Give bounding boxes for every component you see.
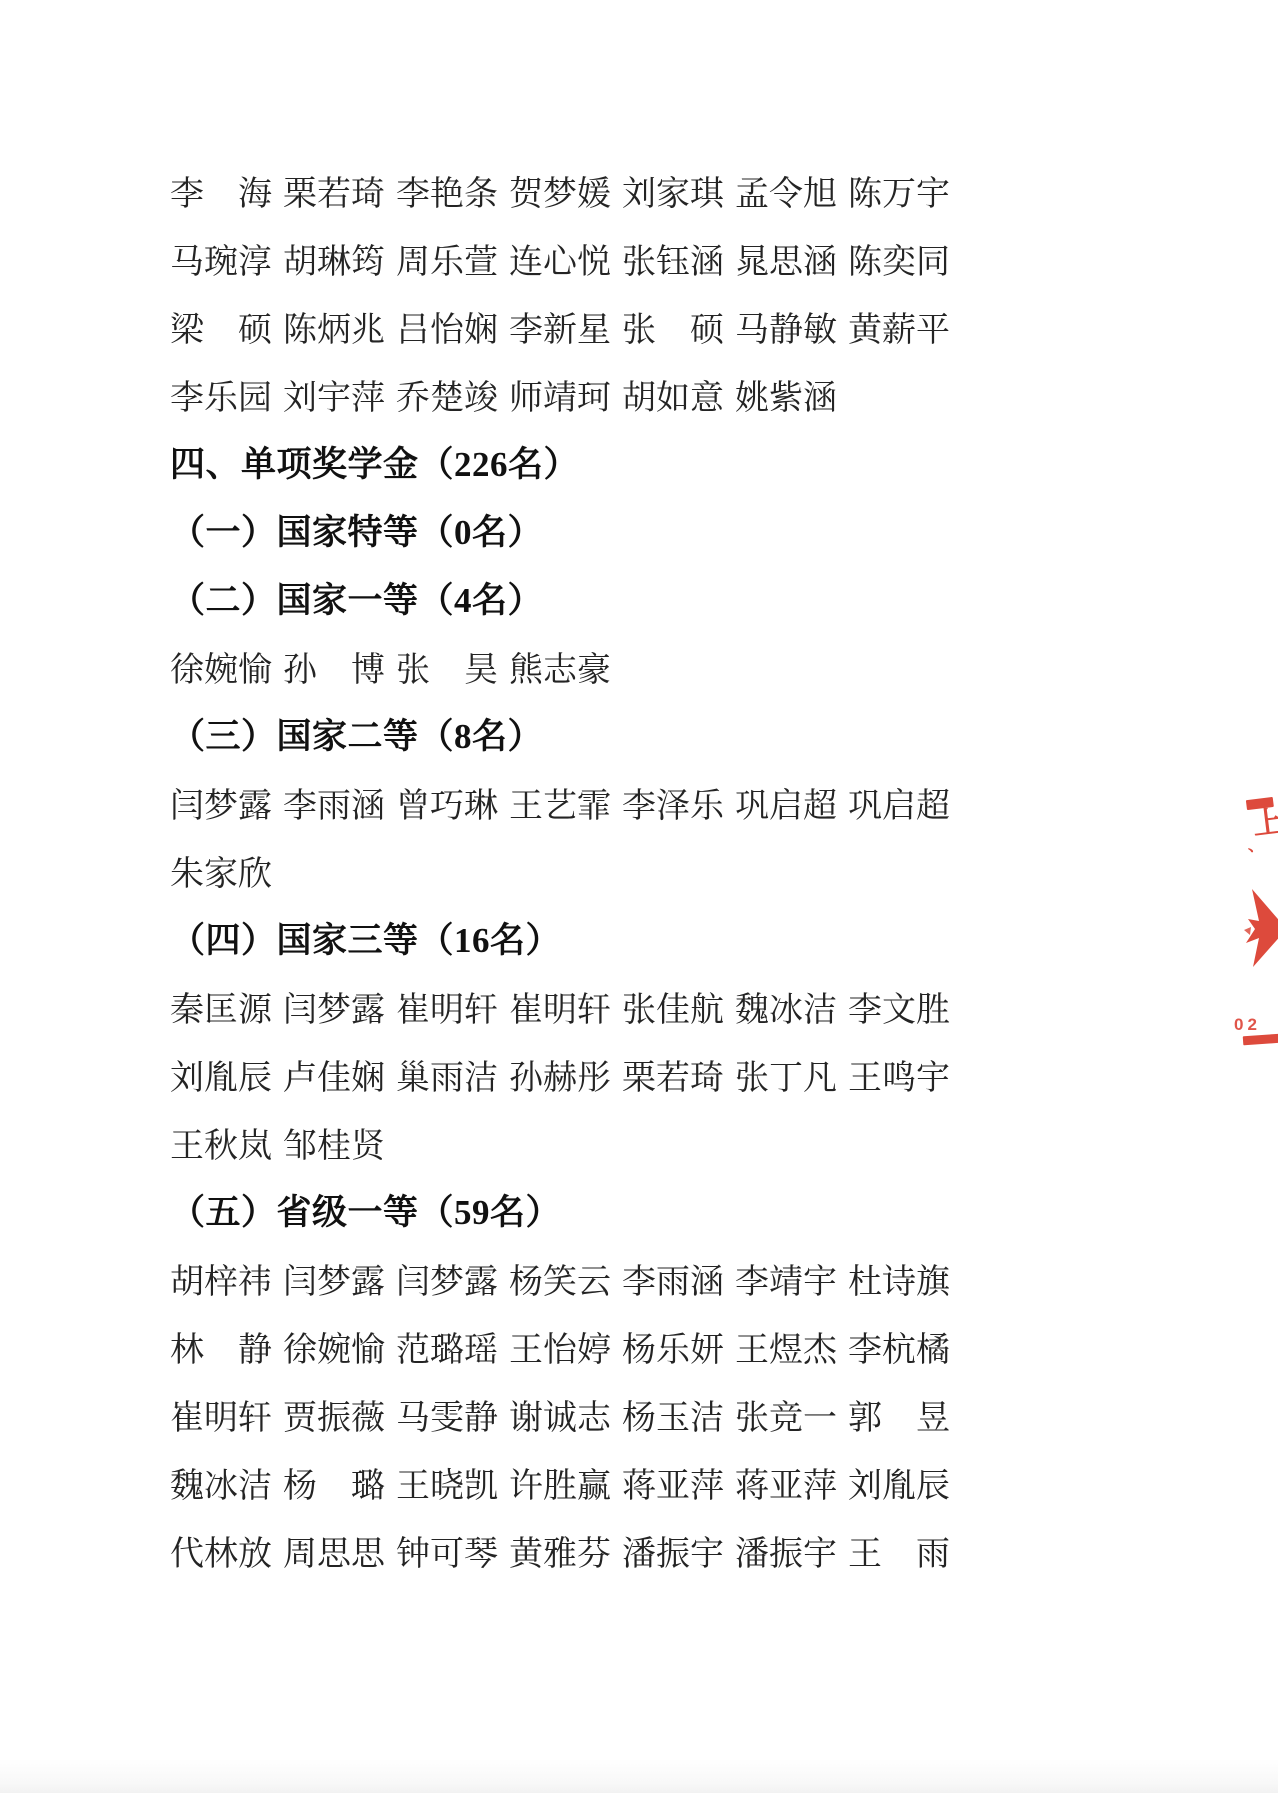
person-name: 姚紫涵 [735, 370, 837, 419]
person-name: 闫梦露 [283, 982, 385, 1031]
name-row: 马琬淳胡琳筠周乐萱连心悦张钰涵晁思涵陈奕同 [170, 224, 980, 292]
name-row: 闫梦露李雨涵曾巧琳王艺霏李泽乐巩启超巩启超 [170, 768, 980, 836]
person-name: 吕怡娴 [396, 302, 498, 351]
person-name: 栗若琦 [283, 166, 385, 215]
person-name: 孙赫彤 [509, 1050, 611, 1099]
person-name: 崔明轩 [396, 982, 498, 1031]
person-name: 师靖珂 [509, 370, 611, 419]
person-name: 王 雨 [848, 1526, 950, 1575]
person-name: 张佳航 [622, 982, 724, 1031]
person-name: 巩启超 [735, 778, 837, 827]
red-stamp-text: 上 [1251, 806, 1278, 842]
page-number-bar [1243, 1034, 1278, 1046]
page-number-stamp: 02 [1234, 1016, 1278, 1044]
person-name: 刘宇萍 [283, 370, 385, 419]
person-name: 邹桂贤 [283, 1118, 385, 1167]
person-name: 朱家欣 [170, 846, 272, 895]
person-name: 潘振宇 [622, 1526, 724, 1575]
person-name: 张钰涵 [622, 234, 724, 283]
person-name: 晁思涵 [735, 234, 837, 283]
person-name: 卢佳娴 [283, 1050, 385, 1099]
person-name: 杨玉洁 [622, 1390, 724, 1439]
person-name: 王怡婷 [509, 1322, 611, 1371]
person-name: 孙 博 [283, 642, 385, 691]
person-name: 王秋岚 [170, 1118, 272, 1167]
person-name: 李雨涵 [283, 778, 385, 827]
name-row: 梁 硕陈炳兆吕怡娴李新星张 硕马静敏黄薪平 [170, 292, 980, 360]
person-name: 连心悦 [509, 234, 611, 283]
section-heading: （五）省级一等（59名） [170, 1176, 980, 1244]
person-name: 曾巧琳 [396, 778, 498, 827]
person-name: 马琬淳 [170, 234, 272, 283]
name-row: 秦匡源闫梦露崔明轩崔明轩张佳航魏冰洁李文胜 [170, 972, 980, 1040]
person-name: 胡如意 [622, 370, 724, 419]
person-name: 熊志豪 [509, 642, 611, 691]
person-name: 张 硕 [622, 302, 724, 351]
person-name: 栗若琦 [622, 1050, 724, 1099]
person-name: 崔明轩 [509, 982, 611, 1031]
person-name: 巢雨洁 [396, 1050, 498, 1099]
name-row: 代林放周思思钟可琴黄雅芬潘振宇潘振宇王 雨 [170, 1516, 980, 1584]
section-heading: （二）国家一等（4名） [170, 564, 980, 632]
person-name: 梁 硕 [170, 302, 272, 351]
name-row: 魏冰洁杨 璐王晓凯许胜赢蒋亚萍蒋亚萍刘胤辰 [170, 1448, 980, 1516]
person-name: 张 昊 [396, 642, 498, 691]
person-name: 魏冰洁 [170, 1458, 272, 1507]
name-row: 朱家欣 [170, 836, 980, 904]
person-name: 张竞一 [735, 1390, 837, 1439]
person-name: 李 海 [170, 166, 272, 215]
person-name: 王晓凯 [396, 1458, 498, 1507]
person-name: 陈万宇 [848, 166, 950, 215]
person-name: 巩启超 [848, 778, 950, 827]
person-name: 陈炳兆 [283, 302, 385, 351]
person-name: 李泽乐 [622, 778, 724, 827]
person-name: 贾振薇 [283, 1390, 385, 1439]
person-name: 王鸣宇 [848, 1050, 950, 1099]
red-stamp-tick: 、 [1247, 838, 1278, 853]
name-row: 徐婉愉孙 博张 昊熊志豪 [170, 632, 980, 700]
person-name: 杨乐妍 [622, 1322, 724, 1371]
person-name: 马雯静 [396, 1390, 498, 1439]
name-row: 胡梓祎闫梦露闫梦露杨笑云李雨涵李靖宇杜诗旗 [170, 1244, 980, 1312]
person-name: 代林放 [170, 1526, 272, 1575]
scanned-document-page: 李 海栗若琦李艳条贺梦媛刘家琪孟令旭陈万宇马琬淳胡琳筠周乐萱连心悦张钰涵晁思涵陈… [0, 0, 1278, 1793]
person-name: 王艺霏 [509, 778, 611, 827]
person-name: 马静敏 [735, 302, 837, 351]
person-name: 徐婉愉 [170, 642, 272, 691]
person-name: 杜诗旗 [848, 1254, 950, 1303]
person-name: 范璐瑶 [396, 1322, 498, 1371]
section-heading: 四、单项奖学金（226名） [170, 428, 980, 496]
person-name: 闫梦露 [170, 778, 272, 827]
person-name: 刘胤辰 [170, 1050, 272, 1099]
person-name: 潘振宇 [735, 1526, 837, 1575]
person-name: 贺梦媛 [509, 166, 611, 215]
person-name: 崔明轩 [170, 1390, 272, 1439]
red-arrow-icon [1244, 888, 1278, 968]
person-name: 蒋亚萍 [622, 1458, 724, 1507]
person-name: 王煜杰 [735, 1322, 837, 1371]
person-name: 刘胤辰 [848, 1458, 950, 1507]
person-name: 胡琳筠 [283, 234, 385, 283]
section-heading: （三）国家二等（8名） [170, 700, 980, 768]
person-name: 杨 璐 [283, 1458, 385, 1507]
person-name: 闫梦露 [396, 1254, 498, 1303]
name-row: 刘胤辰卢佳娴巢雨洁孙赫彤栗若琦张丁凡王鸣宇 [170, 1040, 980, 1108]
person-name: 李靖宇 [735, 1254, 837, 1303]
person-name: 钟可琴 [396, 1526, 498, 1575]
person-name: 许胜赢 [509, 1458, 611, 1507]
person-name: 周思思 [283, 1526, 385, 1575]
person-name: 李艳条 [396, 166, 498, 215]
name-row: 李乐园刘宇萍乔楚竣师靖珂胡如意姚紫涵 [170, 360, 980, 428]
person-name: 周乐萱 [396, 234, 498, 283]
person-name: 胡梓祎 [170, 1254, 272, 1303]
person-name: 李雨涵 [622, 1254, 724, 1303]
document-body: 李 海栗若琦李艳条贺梦媛刘家琪孟令旭陈万宇马琬淳胡琳筠周乐萱连心悦张钰涵晁思涵陈… [170, 156, 980, 1584]
person-name: 闫梦露 [283, 1254, 385, 1303]
name-row: 崔明轩贾振薇马雯静谢诚志杨玉洁张竞一郭 昱 [170, 1380, 980, 1448]
person-name: 杨笑云 [509, 1254, 611, 1303]
person-name: 蒋亚萍 [735, 1458, 837, 1507]
person-name: 林 静 [170, 1322, 272, 1371]
person-name: 刘家琪 [622, 166, 724, 215]
section-heading: （一）国家特等（0名） [170, 496, 980, 564]
person-name: 张丁凡 [735, 1050, 837, 1099]
section-heading: （四）国家三等（16名） [170, 904, 980, 972]
person-name: 黄雅芬 [509, 1526, 611, 1575]
person-name: 郭 昱 [848, 1390, 950, 1439]
person-name: 魏冰洁 [735, 982, 837, 1031]
person-name: 秦匡源 [170, 982, 272, 1031]
person-name: 孟令旭 [735, 166, 837, 215]
person-name: 乔楚竣 [396, 370, 498, 419]
person-name: 陈奕同 [848, 234, 950, 283]
person-name: 黄薪平 [848, 302, 950, 351]
red-stamp-fragment: 上 、 [1242, 796, 1278, 870]
person-name: 谢诚志 [509, 1390, 611, 1439]
person-name: 李文胜 [848, 982, 950, 1031]
person-name: 徐婉愉 [283, 1322, 385, 1371]
person-name: 李新星 [509, 302, 611, 351]
person-name: 李杭橘 [848, 1322, 950, 1371]
name-row: 李 海栗若琦李艳条贺梦媛刘家琪孟令旭陈万宇 [170, 156, 980, 224]
page-number-text: 02 [1234, 1015, 1261, 1034]
name-row: 王秋岚邹桂贤 [170, 1108, 980, 1176]
person-name: 李乐园 [170, 370, 272, 419]
name-row: 林 静徐婉愉范璐瑶王怡婷杨乐妍王煜杰李杭橘 [170, 1312, 980, 1380]
